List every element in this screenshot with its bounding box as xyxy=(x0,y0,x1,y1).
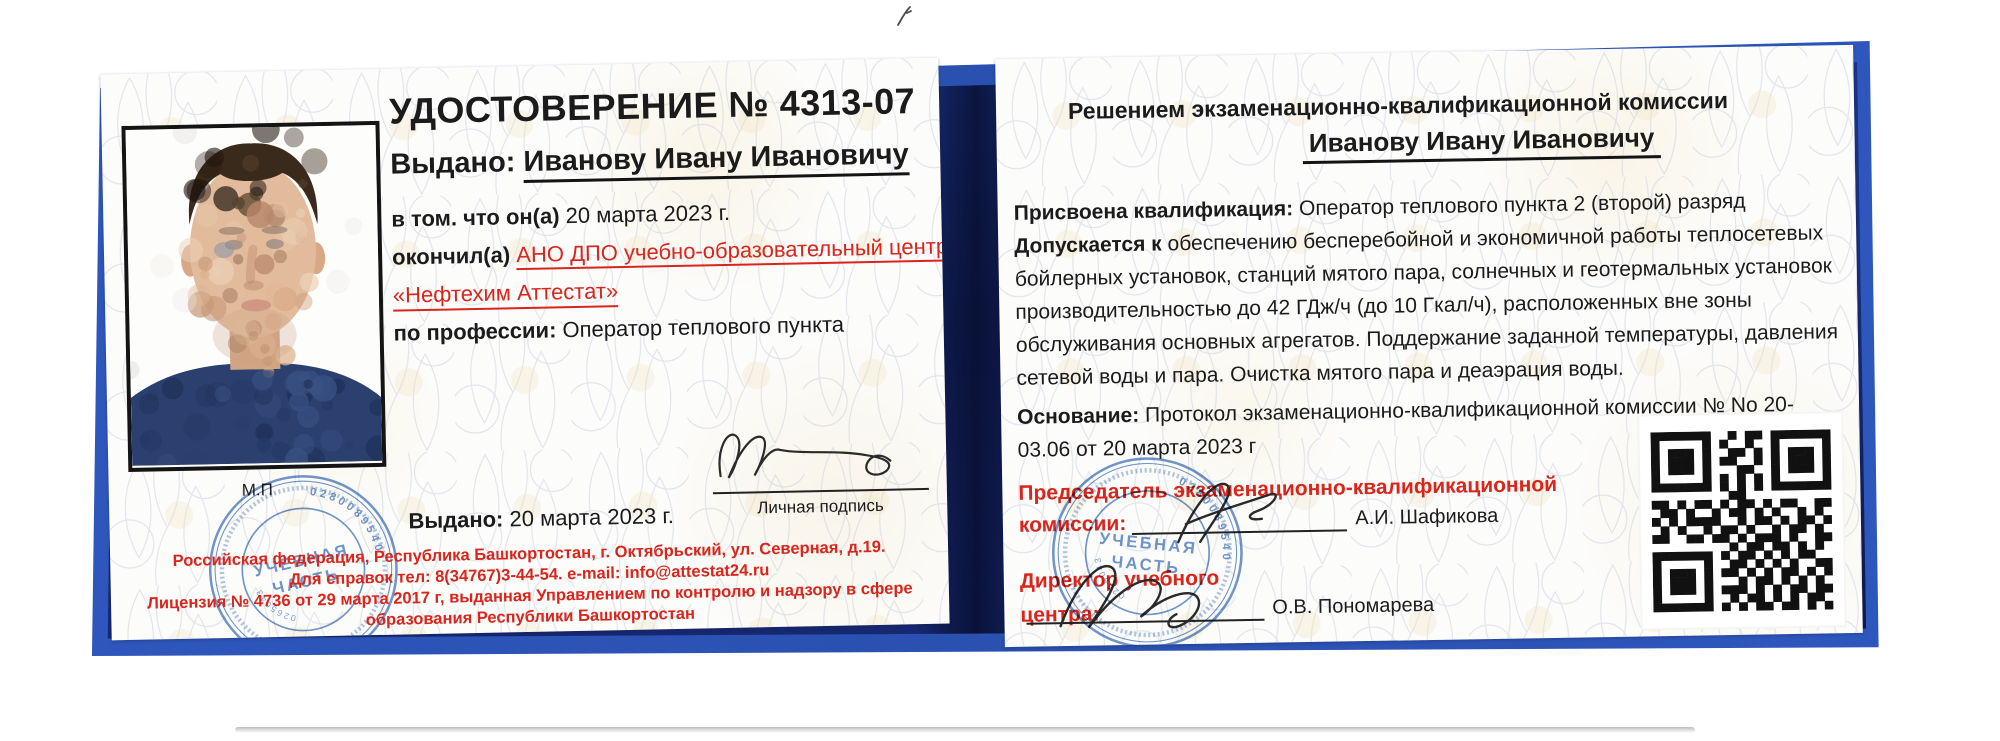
director-signature xyxy=(1045,539,1227,638)
photo-frame xyxy=(121,121,386,472)
chairman-label-line2: комиссии: xyxy=(1019,509,1127,541)
certificate-title: УДОСТОВЕРЕНИЕ № 4313-07 xyxy=(389,80,916,133)
seal-place-label: М.П xyxy=(242,480,274,501)
commission-decision-header: Решением экзаменационно-квалификационной… xyxy=(1012,86,1784,126)
personal-signature-caption: Личная подпись xyxy=(757,496,884,519)
holder-name-wrap: Иванову Ивану Ивановичу xyxy=(1176,120,1787,166)
qualification-paragraph: Присвоена квалификация: Оператор теплово… xyxy=(1013,183,1840,395)
qr-card xyxy=(1639,413,1844,628)
issuer-address-block: Российская федерация, Республика Башкорт… xyxy=(140,536,920,636)
qr-code xyxy=(1650,429,1833,612)
qualification-value: Оператор теплового пункта 2 (второй) раз… xyxy=(1299,190,1746,220)
basis-line-2: 03.06 от 20 марта 2023 г xyxy=(1017,435,1256,462)
issue-date-row: Выдано: 20 марта 2023 г. xyxy=(408,503,674,534)
issued-label: Выдано: xyxy=(390,146,516,181)
right-page: Решением экзаменационно-квалификационной… xyxy=(995,45,1863,647)
chairman-signature-line xyxy=(1132,529,1347,535)
admission-row: Допускается к обеспечению бесперебойной … xyxy=(1014,216,1841,395)
holder-name: Иванову Ивану Ивановичу xyxy=(1303,122,1661,164)
completion-date: 20 марта 2023 г. xyxy=(565,200,730,228)
holder-name: Иванову Ивану Ивановичу xyxy=(523,138,909,183)
profession-row: по профессии: Оператор теплового пункта xyxy=(393,312,844,347)
organization-name: АНО ДПО учебно-образовательный центр xyxy=(516,233,948,270)
profession-label: по профессии: xyxy=(393,317,556,345)
issue-date-value: 20 марта 2023 г. xyxy=(509,503,674,531)
basis-label: Основание: xyxy=(1017,404,1139,429)
finished-row: окончил(а) АНО ДПО учебно-образовательны… xyxy=(392,233,948,270)
chairman-name: А.И. Шафикова xyxy=(1355,501,1499,535)
chairman-signature xyxy=(1151,464,1302,546)
organization-name-2: «Нефтехим Аттестат» xyxy=(393,278,619,312)
clause-label: в том. что он(а) xyxy=(391,203,560,231)
admission-label: Допускается к xyxy=(1014,232,1162,257)
clause-row: в том. что он(а) 20 марта 2023 г. xyxy=(391,200,730,233)
issued-to-row: Выдано: Иванову Ивану Ивановичу xyxy=(390,138,909,181)
pen-mark xyxy=(893,4,915,28)
qualification-label: Присвоена квалификация: xyxy=(1014,197,1294,225)
issue-date-label: Выдано: xyxy=(408,506,503,533)
scanned-certificate: { "left": { "title": "УДОСТОВЕРЕНИЕ № 43… xyxy=(0,0,2000,741)
holder-photo xyxy=(126,125,383,466)
left-page: М.П 0280089540 0265043 УЧЕБНАЯ ЧАСТЬ УДО… xyxy=(100,58,949,641)
scan-shadow xyxy=(235,727,1695,733)
profession-value: Оператор теплового пункта xyxy=(562,312,844,343)
personal-signature xyxy=(707,410,924,496)
finished-label: окончил(а) xyxy=(392,242,511,269)
director-name: О.В. Пономарева xyxy=(1272,590,1434,625)
